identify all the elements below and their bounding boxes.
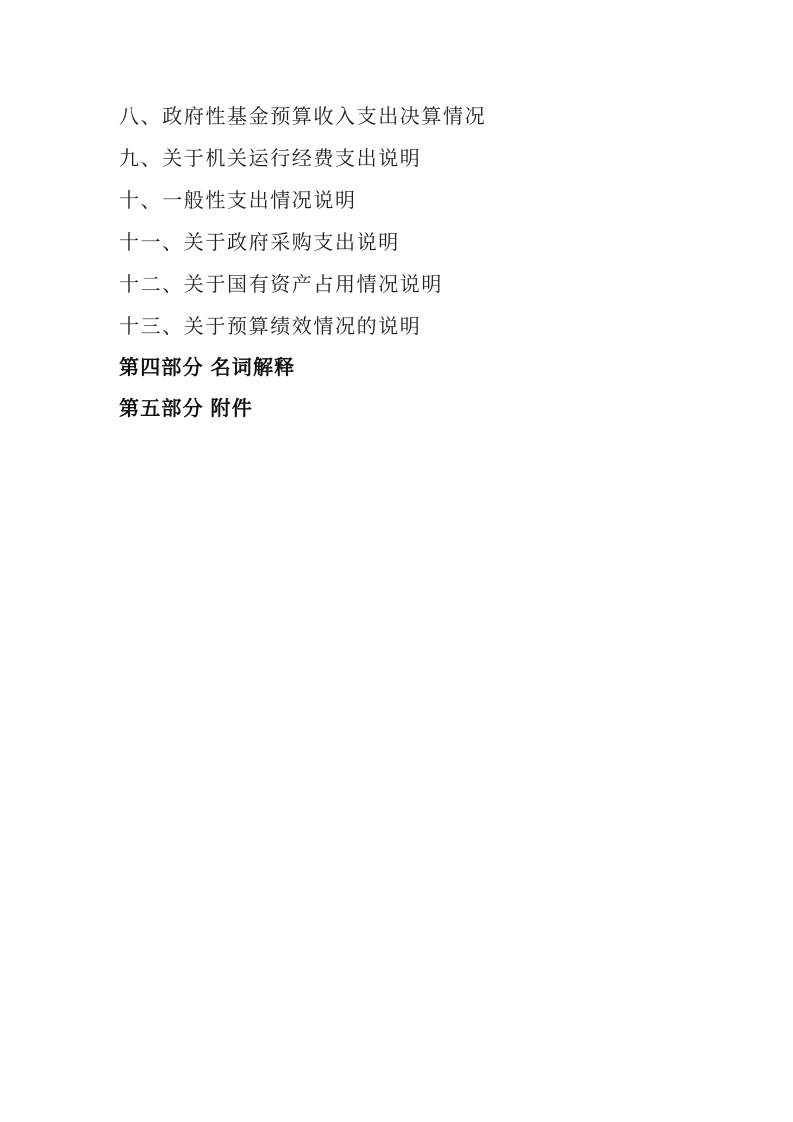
section-heading: 第四部分 名词解释 — [119, 348, 733, 389]
document-page: 八、政府性基金预算收入支出决算情况 九、关于机关运行经费支出说明 十、一般性支出… — [0, 0, 793, 1122]
toc-item: 八、政府性基金预算收入支出决算情况 — [119, 96, 733, 138]
table-of-contents: 八、政府性基金预算收入支出决算情况 九、关于机关运行经费支出说明 十、一般性支出… — [119, 96, 733, 430]
section-heading: 第五部分 附件 — [119, 389, 733, 430]
toc-item: 九、关于机关运行经费支出说明 — [119, 138, 733, 180]
toc-item: 十三、关于预算绩效情况的说明 — [119, 306, 733, 348]
toc-item: 十一、关于政府采购支出说明 — [119, 222, 733, 264]
toc-item: 十、一般性支出情况说明 — [119, 180, 733, 222]
toc-item: 十二、关于国有资产占用情况说明 — [119, 264, 733, 306]
